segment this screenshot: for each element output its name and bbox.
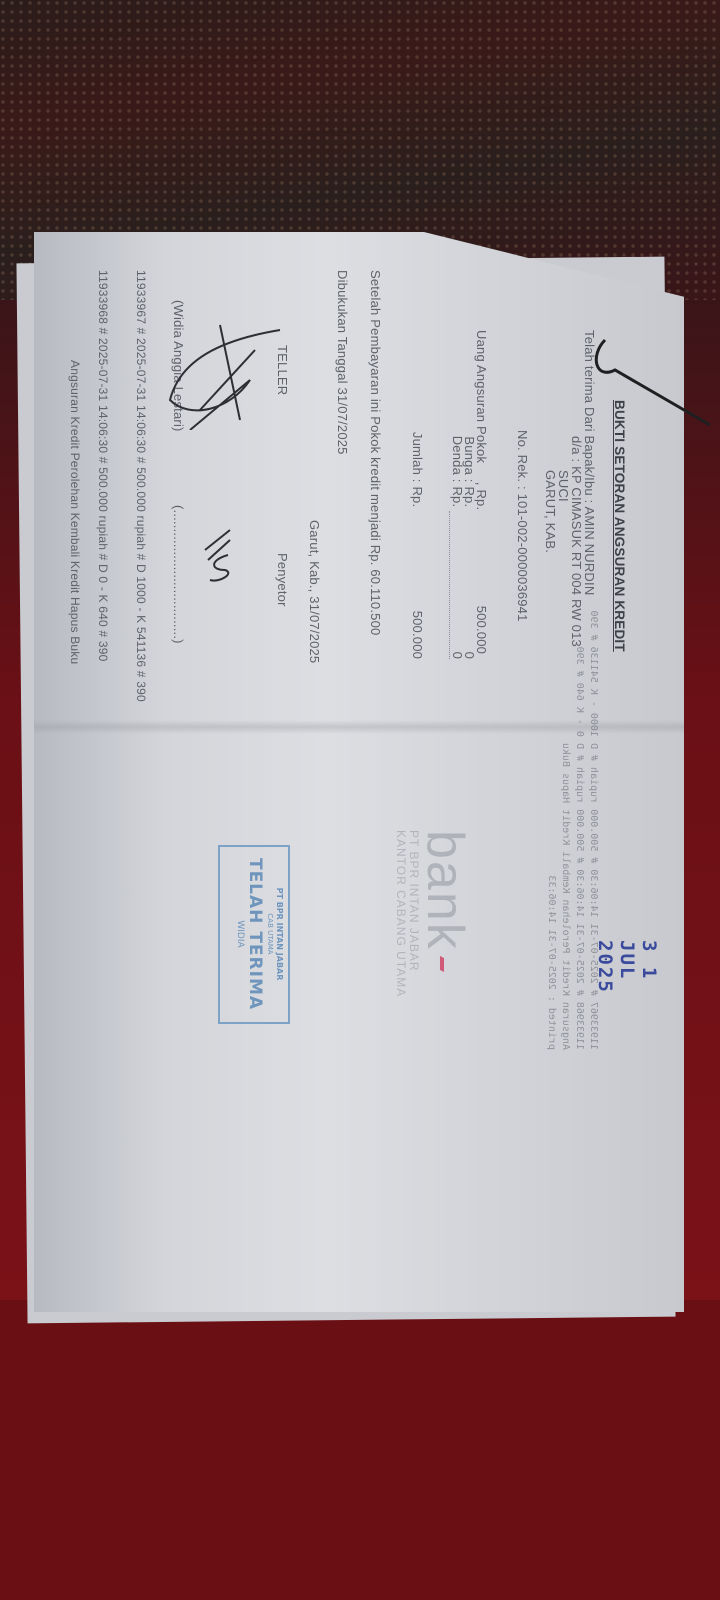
account-label: No. Rek. [515,430,530,482]
depositor-label: Penyetor [275,553,290,607]
bleed-line: printed : 2025-07-31 14:06:33 [544,611,558,1051]
address-line-2: SUCI [556,470,571,502]
bleed-line: 11933968 # 2025-07-31 14:06:30 # 500.000… [572,611,586,1051]
remaining-principal-text: Setelah Pembayaran ini Pokok kredit menj… [368,270,383,635]
place-date: Garut, Kab., 31/07/2025 [307,520,322,663]
address-street: KP CIMASUK RT 004 RW 013 [569,466,584,647]
watermark-line-1: PT BPR INTAN JABAR [407,830,420,997]
penalty-value: 0 [449,511,465,659]
footer-note: Angsuran Kredit Perolehan Kembali Kredit… [68,360,82,664]
address-prefix: d/a [569,436,584,455]
account-number: 101-002-0000036941 [515,494,530,622]
bank-watermark: bank PT BPR INTAN JABAR KANTOR CABANG UT… [394,830,470,997]
red-cloth-background [0,1300,720,1600]
booked-date-text: Dibukukan Tanggal 31/07/2025 [335,270,350,455]
teller-signature-icon [160,320,300,430]
checkmark-pen-mark-icon [585,330,715,430]
stamp-branch: CAB UTAMA [265,849,274,1019]
depositor-signature-icon [200,525,240,585]
penalty-label: Denda [450,405,465,475]
address-line-3: GARUT, KAB. [543,470,558,553]
total-label: Jumlah [410,405,425,475]
address-line-1: d/a : KP CIMASUK RT 004 RW 013 [569,436,584,647]
logo-accent-icon [440,956,444,972]
bank-logo: bank [420,830,470,997]
depositor-name-blank: (..................................) [171,505,186,644]
date-stamp: 3 1 JUL 2025 [594,940,660,1000]
stamp-teller-name: WIDIA [234,849,245,1019]
bleed-through-text: 11933967 # 2025-07-31 14:06:30 # 500.000… [544,611,600,1051]
transaction-line-1: 11933967 # 2025-07-31 14:06:30 # 500.000… [134,270,148,702]
total-row: Jumlah : Rp. 500.000 [410,405,425,659]
received-stamp: PT BPR INTAN JABAR CAB UTAMA TELAH TERIM… [218,845,290,1024]
transaction-line-2: 11933968 # 2025-07-31 14:06:30 # 500.000… [96,270,110,661]
bleed-line: Angsuran Kredit Perolehan Kembali Kredit… [558,611,572,1051]
watermark-line-2: KANTOR CABANG UTAMA [394,830,407,997]
receipt-title: BUKTI SETORAN ANGSURAN KREDIT [612,400,627,652]
account-number-line: No. Rek. : 101-002-0000036941 [515,430,530,622]
total-currency: Rp. [410,486,425,507]
penalty-currency: Rp. [450,486,465,507]
stamp-received-text: TELAH TERIMA [245,849,265,1019]
customer-name: AMIN NURDIN [582,507,597,596]
penalty-row: Denda : Rp. 0 [449,405,465,659]
total-value: 500.000 [410,511,425,659]
stamp-bank-name: PT BPR INTAN JABAR [274,849,284,1019]
